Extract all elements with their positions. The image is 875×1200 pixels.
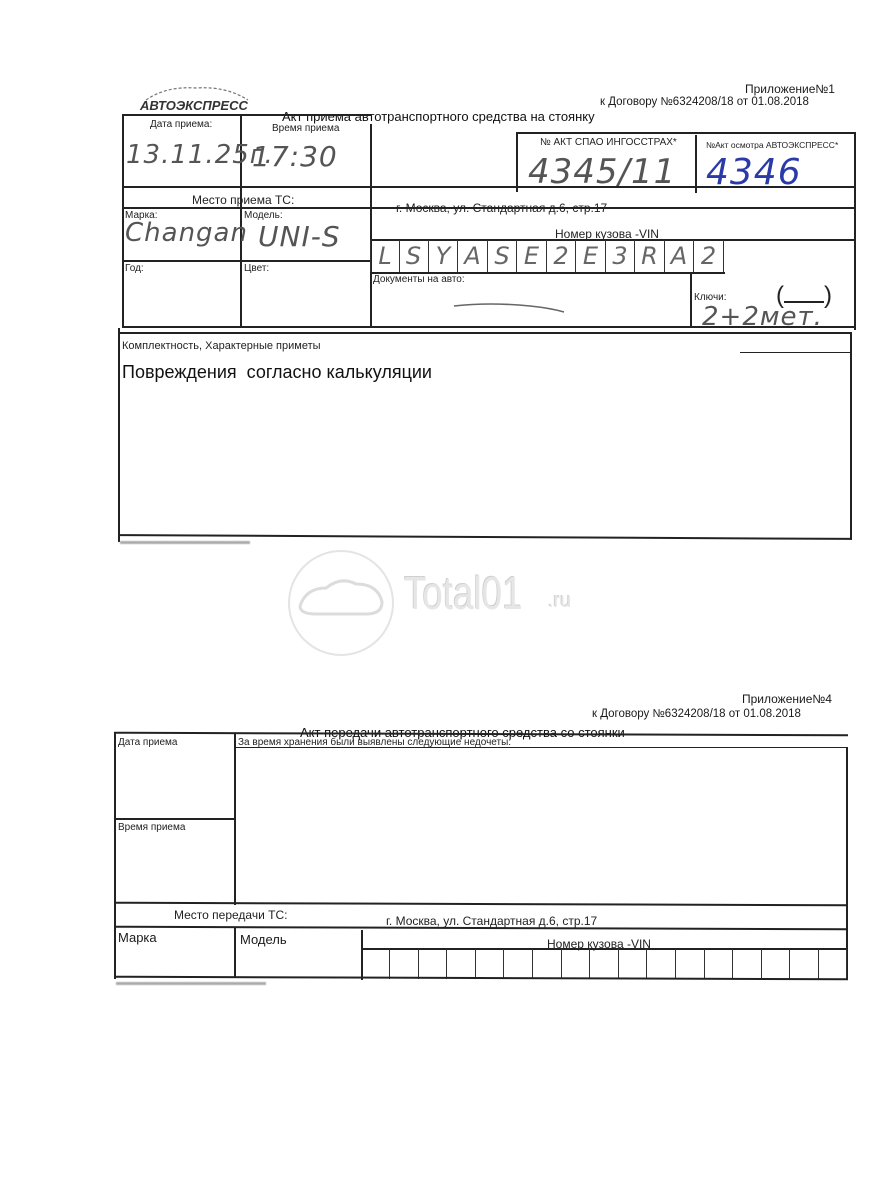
appendix-label-2: Приложение№4	[742, 692, 832, 706]
form-title: Акт приема автотранспортного средства на…	[282, 109, 595, 124]
vin-empty-cell[interactable]	[762, 949, 790, 979]
place-label-2: Место передачи ТС:	[174, 908, 287, 922]
watermark-circle-car-icon	[286, 548, 396, 658]
brand-label-2: Марка	[118, 930, 157, 945]
defects-label: За время хранения были выявлены следующи…	[238, 737, 511, 748]
vin-empty-cell[interactable]	[734, 949, 762, 979]
time-label: Время приема	[272, 123, 339, 134]
vin-empty-cell[interactable]	[391, 949, 419, 979]
contract-label-2: к Договору №6324208/18 от 01.08.2018	[592, 708, 801, 720]
vin-empty-cell[interactable]	[819, 949, 847, 979]
vin-char-cell[interactable]: R	[636, 240, 665, 272]
vin-empty-cell[interactable]	[705, 949, 733, 979]
brand-value[interactable]: Changan	[125, 218, 248, 248]
time-value[interactable]: 17:30	[252, 140, 338, 173]
docs-dash-mark	[450, 300, 570, 314]
vin-char-cell[interactable]: S	[400, 240, 429, 272]
watermark-brand: Total01	[404, 566, 523, 620]
vin-empty-cell[interactable]	[591, 949, 619, 979]
watermark-suffix: .ru	[548, 590, 571, 613]
vin-char-cell[interactable]: A	[665, 240, 694, 272]
vin-empty-cell[interactable]	[419, 949, 447, 979]
completeness-label: Комплектность, Характерные приметы	[122, 340, 321, 352]
vin-empty-cell[interactable]	[448, 949, 476, 979]
vin-char-cell[interactable]: E	[518, 240, 547, 272]
year-label: Год:	[125, 263, 144, 274]
time-label-2: Время приема	[118, 822, 185, 833]
vin-grid-2	[362, 949, 848, 979]
date-label: Дата приема:	[150, 119, 212, 130]
vin-char-cell[interactable]: Y	[429, 240, 458, 272]
date-label-2: Дата приема	[118, 737, 177, 748]
completeness-value[interactable]: Повреждения согласно калькуляции	[122, 362, 432, 383]
vin-char-cell[interactable]: 3	[606, 240, 635, 272]
defects-area[interactable]	[236, 750, 844, 900]
vin-empty-cell[interactable]	[648, 949, 676, 979]
vin-char-cell[interactable]: L	[370, 240, 400, 272]
vin-empty-cell[interactable]	[362, 949, 390, 979]
vin-char-cell[interactable]: 2	[695, 240, 724, 272]
footnote-1	[120, 541, 250, 544]
logo-text: АВТОЭКСПРЕСС	[140, 98, 248, 113]
footnote-2	[116, 982, 266, 985]
vin-empty-cell[interactable]	[562, 949, 590, 979]
vin-char-cell[interactable]: S	[488, 240, 517, 272]
vin-empty-cell[interactable]	[534, 949, 562, 979]
contract-label: к Договору №6324208/18 от 01.08.2018	[600, 96, 809, 108]
vin-char-cell[interactable]: A	[459, 240, 488, 272]
vin-empty-cell[interactable]	[791, 949, 819, 979]
appendix-label: Приложение№1	[745, 82, 835, 96]
vin-empty-cell[interactable]	[619, 949, 647, 979]
model-label-2: Модель	[240, 932, 287, 947]
vin-grid: LSYASE2E3RA2	[370, 240, 725, 272]
vin-empty-cell[interactable]	[676, 949, 704, 979]
place-label: Место приема ТС:	[192, 193, 294, 207]
vin-empty-cell[interactable]	[476, 949, 504, 979]
avto-act-label: №Акт осмотра АВТОЭКСПРЕСС*	[706, 140, 838, 150]
color-label: Цвет:	[244, 263, 269, 274]
vin-char-cell[interactable]: E	[577, 240, 606, 272]
vin-empty-cell[interactable]	[505, 949, 533, 979]
model-value[interactable]: UNI-S	[258, 220, 341, 253]
ingos-act-label: № АКТ СПАО ИНГОССТРАХ*	[540, 137, 677, 148]
vin-char-cell[interactable]: 2	[547, 240, 576, 272]
docs-label: Документы на авто:	[373, 274, 465, 285]
